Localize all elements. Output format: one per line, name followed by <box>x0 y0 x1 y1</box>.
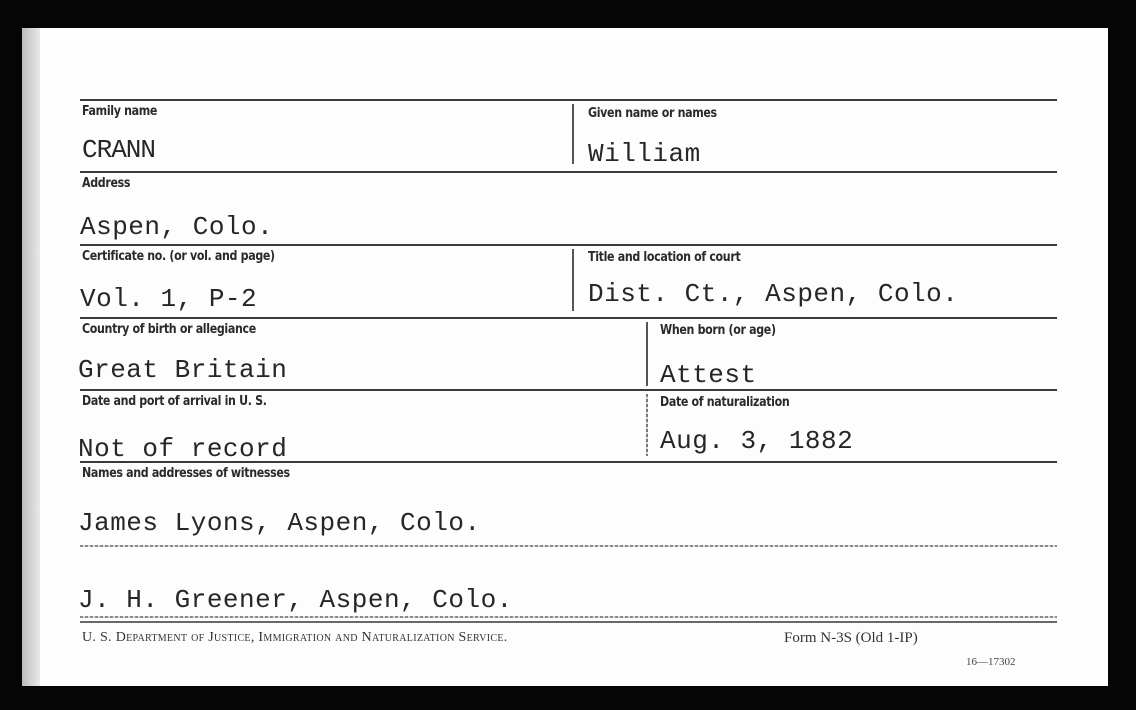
naturalization-label: Date of naturalization <box>660 395 789 410</box>
card-edge-strip <box>22 28 40 686</box>
rule-witness-2 <box>80 616 1057 618</box>
naturalization-index-card: Family name CRANN Given name or names Wi… <box>22 28 1108 686</box>
certificate-label: Certificate no. (or vol. and page) <box>82 249 275 264</box>
rule-1 <box>80 171 1057 173</box>
arrival-label: Date and port of arrival in U. S. <box>82 394 267 409</box>
country-label: Country of birth or allegiance <box>82 322 256 337</box>
given-name-label: Given name or names <box>588 106 717 121</box>
given-name-value: William <box>588 139 701 169</box>
address-value: Aspen, Colo. <box>80 212 273 242</box>
rule-top <box>80 99 1057 101</box>
witness-1: James Lyons, Aspen, Colo. <box>78 508 481 538</box>
country-value: Great Britain <box>78 355 287 385</box>
court-value: Dist. Ct., Aspen, Colo. <box>588 279 958 309</box>
address-label: Address <box>82 176 130 191</box>
witnesses-label: Names and addresses of witnesses <box>82 466 290 481</box>
rule-witness-1 <box>80 545 1057 547</box>
rule-3 <box>80 317 1057 319</box>
rule-4 <box>80 389 1057 391</box>
certificate-value: Vol. 1, P-2 <box>80 284 257 314</box>
court-label: Title and location of court <box>588 250 740 265</box>
rule-2 <box>80 244 1057 246</box>
divider-name <box>572 104 574 164</box>
family-name-value: CRANN <box>82 135 155 165</box>
form-number: Form N-3S (Old 1-IP) <box>784 630 918 647</box>
divider-born <box>646 322 648 386</box>
print-code: 16—17302 <box>966 656 1016 668</box>
rule-bottom <box>80 621 1057 623</box>
born-value: Attest <box>660 360 757 390</box>
born-label: When born (or age) <box>660 323 776 338</box>
agency-footer: U. S. Department of Justice, Immigration… <box>82 630 508 646</box>
witness-2: J. H. Greener, Aspen, Colo. <box>78 585 513 615</box>
arrival-value: Not of record <box>78 434 287 464</box>
divider-court <box>572 249 574 311</box>
divider-naturalization <box>646 394 648 456</box>
naturalization-value: Aug. 3, 1882 <box>660 426 853 456</box>
family-name-label: Family name <box>82 104 157 119</box>
